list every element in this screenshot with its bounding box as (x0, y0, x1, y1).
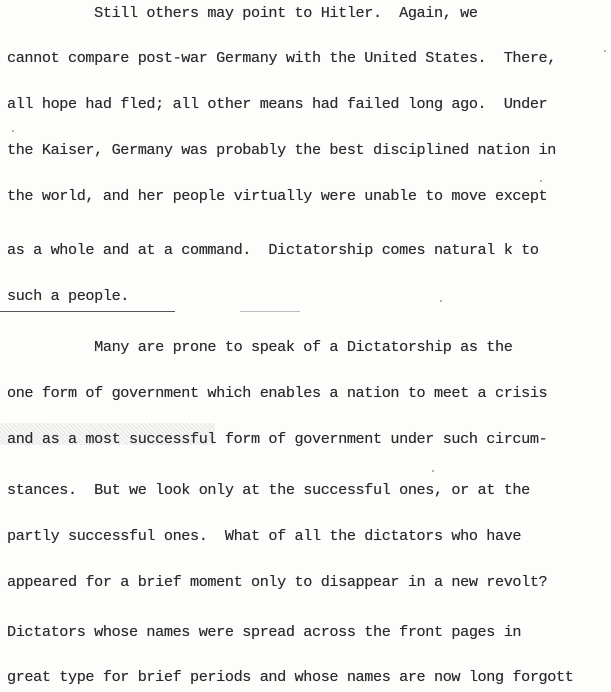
text-line: the Kaiser, Germany was probably the bes… (7, 141, 556, 159)
scan-speck (12, 130, 14, 132)
scan-speck (604, 50, 606, 52)
text-line: partly successful ones. What of all the … (7, 527, 521, 545)
text-line: stances. But we look only at the success… (7, 481, 530, 499)
underline-rule (0, 311, 175, 312)
scan-speck (432, 470, 434, 472)
text-line: and as a most successful form of governm… (7, 430, 547, 448)
text-line: one form of government which enables a n… (7, 384, 547, 402)
scan-speck (540, 180, 542, 182)
text-line: Many are prone to speak of a Dictatorshi… (7, 338, 512, 356)
text-line: all hope had fled; all other means had f… (7, 95, 547, 113)
text-line: great type for brief periods and whose n… (7, 668, 573, 686)
scan-speck (440, 300, 442, 302)
text-line: such a people. (7, 287, 129, 305)
text-line: appeared for a brief moment only to disa… (7, 573, 547, 591)
text-line: Dictators whose names were spread across… (7, 623, 521, 641)
text-line: as a whole and at a command. Dictatorshi… (7, 241, 539, 259)
text-line: cannot compare post-war Germany with the… (7, 49, 556, 67)
faint-rule (240, 311, 300, 312)
text-line: the world, and her people virtually were… (7, 187, 547, 205)
document-page: Still others may point to Hitler. Again,… (0, 0, 611, 692)
text-line: Still others may point to Hitler. Again,… (7, 4, 478, 22)
